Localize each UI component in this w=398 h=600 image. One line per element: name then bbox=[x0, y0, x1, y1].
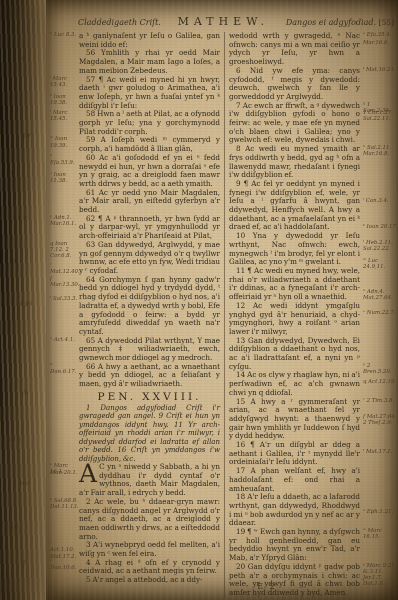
margin-note: ᵏ Ioan 20.17. bbox=[363, 224, 398, 230]
margin-note: ᵖ 2 Bren.5.20. bbox=[363, 363, 398, 375]
margin-note: ᵒ Num.22.7. bbox=[363, 310, 398, 316]
verse-paragraph: 8 Ac wedi eu myned ymaith ar frys oddiwr… bbox=[229, 145, 360, 180]
signature-mark: E 2 bbox=[257, 582, 276, 591]
verse-paragraph: 2 Ac wele, bu ᵇ ddaear-gryn mawr: canys … bbox=[79, 498, 220, 542]
verse-paragraph: 19 ¶ ʷ Ewch gan hynny, a dyſgwch yr holl… bbox=[229, 528, 360, 563]
verse-paragraph: 57 ¶ Ac wedi ei myned hi yn hwyr, daeth … bbox=[79, 76, 220, 111]
margin-note: ᵏ Ioan 19.38. bbox=[50, 94, 78, 106]
verse-paragraph: wedodd wrth y gwragedd, ᵉ Nac ofnwch: ca… bbox=[229, 32, 360, 67]
verse-paragraph: 10 Yna y dywedodd yr Ieſu wrthynt, Nac o… bbox=[229, 232, 360, 267]
page-header: Claddedigaeth Criſt. MATHEW. Dangos ei a… bbox=[46, 0, 398, 30]
margin-note: ᶠ Mat.16.21. bbox=[363, 67, 398, 73]
verse-paragraph: 7 Ac ewch ar ffrwſt, a ᵍ dywedwch i'w dd… bbox=[229, 102, 360, 146]
verse-paragraph: 64 Gorchymyn ſ gan hynny gadw'r bedd yn … bbox=[79, 276, 220, 337]
page-edge-text-fragment: ch bbox=[21, 390, 29, 397]
verse-paragraph: a ʰ ganlynaſent yr Ieſu o Galilea, gan w… bbox=[79, 32, 220, 49]
margin-note: ʰ Sal.2.11. Mar.16.8. bbox=[363, 145, 398, 157]
margin-note: ᵒ Ioan 11.38. bbox=[50, 172, 78, 184]
margin-note: 1 Cor.1.27. Sal.22.11. bbox=[363, 110, 398, 122]
running-title-right-text: Dangos ei adgyfodiad. bbox=[286, 18, 376, 27]
margin-note: ʷ Marc 16.15. bbox=[363, 528, 398, 540]
verse-paragraph: 11 ¶ Ac wedi eu myned hwy, wele, rhai o'… bbox=[229, 267, 360, 302]
verse-paragraph: 15 A hwy a ʳ gymmeraſant yr arian, ac a … bbox=[229, 398, 360, 442]
margin-note: Ioan 20.1. bbox=[50, 470, 78, 476]
margin-note: ⁿ Adn.4. Mat.27.64. bbox=[363, 289, 398, 301]
margin-note: Mar.16.6. bbox=[363, 40, 398, 46]
verse-paragraph: 13 Gan ddywedyd, Dywedwch, Ei ddiſgyblio… bbox=[229, 337, 360, 372]
verse-paragraph: 14 Ac os clyw y rhaglaw hyn, ni a'i perſ… bbox=[229, 371, 360, 397]
margin-note: ᶜ Act.1.10. Mat.17.2. bbox=[50, 541, 78, 559]
left-text-column: a ʰ ganlynaſent yr Ieſu o Galilea, gan w… bbox=[79, 32, 220, 598]
verse-paragraph: 20 Gan ddyſgu iddynt ʸ gadw pob peth a'r… bbox=[229, 563, 360, 598]
verse-paragraph: 9 ¶ Ac fel yr oeddynt yn myned i fynegi … bbox=[229, 180, 360, 232]
right-text-column: wedodd wrth y gwragedd, ᵉ Nac ofnwch: ca… bbox=[224, 32, 360, 598]
verse-paragraph-dropcap: AC yn ᵃ niwedd y Sabbath, a hi yn dyddha… bbox=[79, 463, 220, 498]
margin-note: ſ Mar.13.30. bbox=[50, 276, 78, 288]
page-edge-text-fragment: gw bbox=[22, 132, 31, 139]
page-edge-text-fragment: n a bbox=[20, 480, 30, 487]
margin-note: ᵘ Eph.1.21. bbox=[363, 509, 398, 515]
verse-paragraph: 65 A dywedodd Pilat wrthynt, Y mae genny… bbox=[79, 337, 220, 363]
verse-paragraph: 59 A Ioſeph wedi ᵐ cymmeryd y corph, a'i… bbox=[79, 136, 220, 153]
verse-paragraph: 18 A'r Ieſu a ddaeth, ac a lafarodd wrth… bbox=[229, 493, 360, 528]
margin-note: ʳ Mat.12.40. bbox=[50, 263, 78, 275]
margin-note: ʸ Marc 9.21. & 3.11. Jer.1.7. Dat.1.8. bbox=[363, 563, 398, 587]
book-photograph: y ſyela'rgwynd yſea gayrchel yn ay bf Cl… bbox=[0, 0, 398, 600]
margin-note: ſ Mat.27.64. 2 Theſ.2.9. bbox=[363, 414, 398, 426]
margin-note: ʷ Dan.6.17. bbox=[50, 363, 78, 375]
verse-paragraph: 17 A phan welſant ef, hwy a'i haddolaſan… bbox=[229, 467, 360, 493]
running-title-left: Claddedigaeth Criſt. bbox=[78, 18, 161, 27]
page-edge-text-fragment: yr bbox=[8, 345, 15, 353]
verse-paragraph: 61 Ac yr oedd yno Mair Magdalen, a'r Mai… bbox=[79, 189, 220, 215]
page-edge-text-fragment: ſe bbox=[10, 258, 16, 266]
page-edge-text-fragment: el bbox=[20, 55, 26, 62]
drop-cap: A bbox=[79, 463, 99, 484]
running-title-right: Dangos ei adgyfodiad. [55] bbox=[286, 18, 394, 27]
margin-note: ᵇ Sal.68.8. Dat.11.13. bbox=[50, 498, 78, 510]
verse-paragraph: 63 Gan ddywedyd, Arglwydd, y mae yn gof … bbox=[79, 241, 220, 276]
verse-paragraph: 3 A'i wynebpryd oedd fel mellten, a'i wi… bbox=[79, 541, 220, 558]
margin-note: ᵗ Mat.17.1. bbox=[363, 449, 398, 455]
page-edge-text-fragment: d y bbox=[18, 214, 28, 222]
page-edge-text-fragment: a'r bbox=[9, 96, 18, 104]
margin-note: q Ioan 7.12. 2 Cor.6.8. bbox=[50, 241, 78, 259]
page-edge-text-fragment: yn bbox=[7, 170, 15, 178]
margin-note: q Act.12.19. bbox=[363, 379, 398, 385]
verse-paragraph: 4 A rhag ei ᵈ ofn ef y crynodd y ceidwai… bbox=[79, 559, 220, 576]
chapter-argument: 1 Dangos adgyfodiad Criſt i'r gwragedd g… bbox=[79, 404, 220, 464]
margin-note: ⁱ Can.3.4. bbox=[363, 198, 398, 204]
margin-note: ᵉ Eſa.35.4. bbox=[363, 32, 398, 38]
verse-paragraph: 58 Hwn a ˡ aeth at Pilat, ac a ofynodd g… bbox=[79, 110, 220, 136]
margin-note: ʳ 2 Tim.3.8. bbox=[363, 398, 398, 404]
margin-note: ᵈ Dan.10.6. bbox=[50, 559, 78, 571]
margin-note: ˡ Heb.2.11. Sal.22.22. bbox=[363, 240, 398, 252]
page-edge-text-fragment: a ga bbox=[19, 300, 32, 308]
page-edge-text-fragment: f bbox=[23, 560, 26, 567]
book-page-edges: y ſyela'rgwynd yſea gayrchel yn ay bf bbox=[0, 0, 50, 600]
verse-paragraph: 66 A hwy a aethant, ac a wnaethant y bed… bbox=[79, 363, 220, 389]
margin-note: ʰ Luc 8.3. bbox=[50, 32, 78, 38]
page-number: [55] bbox=[379, 18, 394, 27]
margin-note: ᵗ Sal.33.3. bbox=[50, 296, 78, 302]
margin-note: ⁱ Marc 15.43. bbox=[50, 76, 78, 88]
page-edge-text-fragment: y ſy bbox=[6, 25, 18, 33]
scripture-content: a ʰ ganlynaſent yr Ieſu o Galilea, gan w… bbox=[46, 30, 398, 598]
margin-note: ᵐ Luc 24.9,11. bbox=[363, 258, 398, 270]
bible-page: Claddedigaeth Criſt. MATHEW. Dangos ei a… bbox=[46, 0, 398, 600]
verse-paragraph: 5 A'r angel a attebodd, ac a ddy- bbox=[79, 576, 220, 585]
chapter-heading: PEN. XXVIII. bbox=[79, 393, 220, 402]
verse-paragraph: 6 Nid yw efe yma: canys cyfododd, ᶠ megi… bbox=[229, 67, 360, 102]
verse-paragraph: 12 Ac wedi iddynt ymgaſglu ynghyd gyd â'… bbox=[229, 302, 360, 337]
margin-note: ˡ Marc 15.45. bbox=[50, 110, 78, 122]
book-title: MATHEW. bbox=[178, 15, 269, 28]
verse-paragraph: 60 Ac a'i goſododd ef yn ei ⁿ fedd newyd… bbox=[79, 154, 220, 189]
margin-note: ⁿ Eſa.53.9. bbox=[50, 154, 78, 166]
verse-paragraph: 16 ¶ A'r un diſgybl ar ddeg a aethant i … bbox=[229, 441, 360, 467]
page-edge-text-fragment: el y bbox=[10, 435, 21, 443]
margin-note: ᵐ Ioan 19.39. bbox=[50, 136, 78, 148]
verse-paragraph: 56 Ymhlith y rhai yr oedd Mair Magdalen,… bbox=[79, 49, 220, 75]
margin-note: ᵖ Adn.1. Mar.16.1. bbox=[50, 215, 78, 227]
verse-paragraph: 62 ¶ A ᵖ thrannoeth, yr hwn ſydd ar ol y… bbox=[79, 215, 220, 241]
margin-note: ᵘ Act.4.1. bbox=[50, 337, 78, 343]
page-edge-text-fragment: y b bbox=[9, 524, 19, 532]
